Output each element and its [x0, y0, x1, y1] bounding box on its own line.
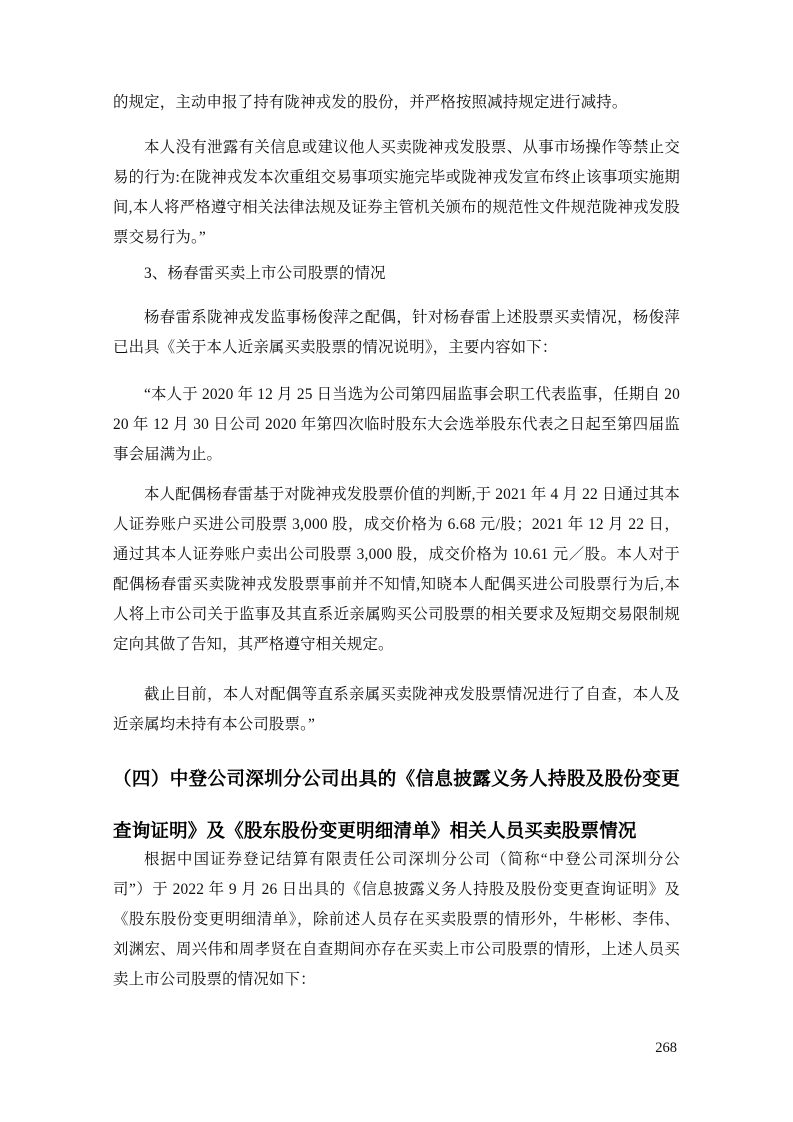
paragraph-yang-chunlei-intro: 杨春雷系陇神戎发监事杨俊萍之配偶，针对杨春雷上述股票买卖情况，杨俊萍已出具《关于… — [113, 303, 680, 363]
page-number: 268 — [655, 1038, 677, 1058]
paragraph-csdc-basis: 根据中国证券登记结算有限责任公司深圳分公司（简称“中登公司深圳分公司”）于 20… — [113, 845, 680, 995]
paragraph-no-disclosure: 本人没有泄露有关信息或建议他人买卖陇神戎发股票、从事市场操作等禁止交易的行为:在… — [113, 133, 680, 253]
paragraph-continuation: 的规定，主动申报了持有陇神戎发的股份，并严格按照减持规定进行减持。 — [113, 88, 680, 118]
item-3-heading: 3、杨春雷买卖上市公司股票的情况 — [113, 259, 680, 289]
section-4-heading: （四）中登公司深圳分公司出具的《信息披露义务人持股及股份变更查询证明》及《股东股… — [113, 753, 680, 857]
document-page: 的规定，主动申报了持有陇神戎发的股份，并严格按照减持规定进行减持。 本人没有泄露… — [0, 0, 793, 1122]
paragraph-statement-term: “本人于 2020 年 12 月 25 日当选为公司第四届监事会职工代表监事，任… — [113, 380, 680, 470]
paragraph-statement-selfcheck: 截止目前，本人对配偶等直系亲属买卖陇神戎发股票情况进行了自查，本人及近亲属均未持… — [113, 680, 680, 740]
paragraph-statement-trades: 本人配偶杨春雷基于对陇神戎发股票价值的判断,于 2021 年 4 月 22 日通… — [113, 480, 680, 660]
